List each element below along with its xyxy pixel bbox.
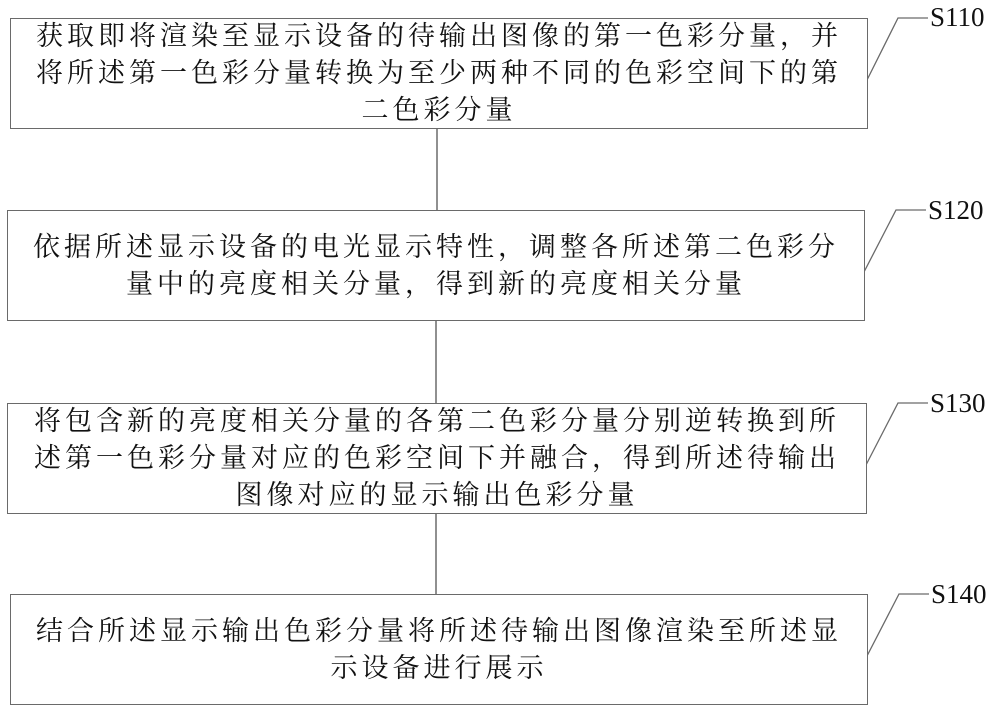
step-label-s120: S120	[928, 197, 984, 224]
step-s110-line-2: 将所述第一色彩分量转换为至少两种不同的色彩空间下的第	[11, 55, 867, 92]
step-s110-line-3: 二色彩分量	[11, 92, 867, 129]
step-s140-line-2: 示设备进行展示	[11, 650, 867, 687]
step-label-s130: S130	[930, 390, 986, 417]
step-s140-line-1: 结合所述显示输出色彩分量将所述待输出图像渲染至所述显	[11, 613, 867, 650]
leader-line-s130	[866, 403, 928, 465]
step-label-s140: S140	[931, 581, 987, 608]
step-s120-line-1: 依据所述显示设备的电光显示特性，调整各所述第二色彩分	[8, 229, 864, 266]
leader-line-s140	[867, 594, 929, 656]
step-s130-line-2: 述第一色彩分量对应的色彩空间下并融合，得到所述待输出	[8, 440, 866, 477]
step-s130-line-3: 图像对应的显示输出色彩分量	[8, 477, 866, 514]
step-box-s110: 获取即将渲染至显示设备的待输出图像的第一色彩分量，并 将所述第一色彩分量转换为至…	[10, 18, 868, 129]
step-box-s140: 结合所述显示输出色彩分量将所述待输出图像渲染至所述显 示设备进行展示	[10, 594, 868, 705]
leader-line-s120	[864, 210, 926, 272]
leader-line-s110	[867, 18, 928, 80]
step-box-s120: 依据所述显示设备的电光显示特性，调整各所述第二色彩分 量中的亮度相关分量，得到新…	[7, 210, 865, 321]
step-s110-line-1: 获取即将渲染至显示设备的待输出图像的第一色彩分量，并	[11, 18, 867, 55]
step-label-s110: S110	[930, 4, 985, 31]
step-s120-line-2: 量中的亮度相关分量，得到新的亮度相关分量	[8, 266, 864, 303]
step-s130-line-1: 将包含新的亮度相关分量的各第二色彩分量分别逆转换到所	[8, 403, 866, 440]
step-box-s130: 将包含新的亮度相关分量的各第二色彩分量分别逆转换到所 述第一色彩分量对应的色彩空…	[7, 403, 867, 514]
